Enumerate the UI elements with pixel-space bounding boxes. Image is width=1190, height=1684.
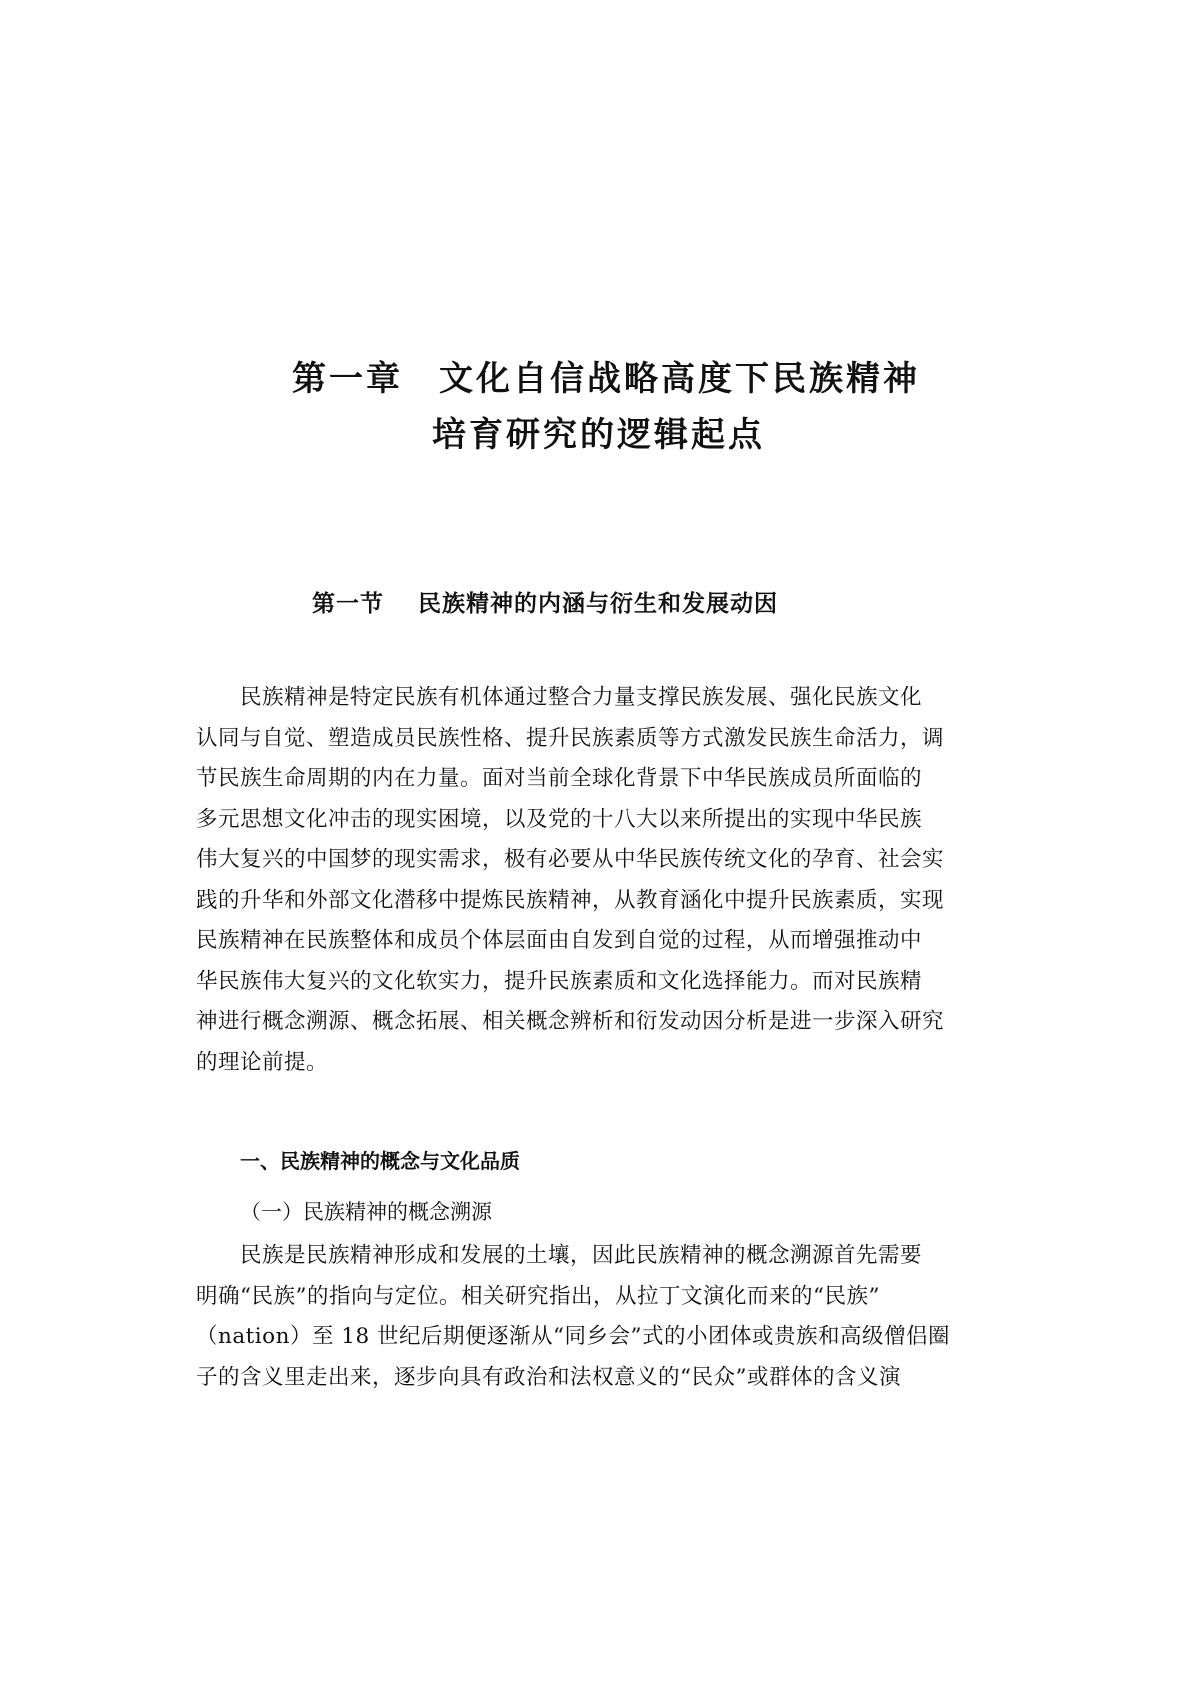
subsection-heading: 一、民族精神的概念与文化品质 — [240, 1145, 520, 1174]
paragraph-line: 子的含义里走出来，逐步向具有政治和法权意义的“民众”或群体的含义演 — [196, 1358, 996, 1399]
paragraph-line: 华民族伟大复兴的文化软实力，提升民族素质和文化选择能力。而对民族精 — [196, 962, 996, 1003]
chapter-title-text: 文化自信战略高度下民族精神 — [439, 359, 920, 399]
concept-paragraph: 民族是民族精神形成和发展的土壤，因此民族精神的概念溯源首先需要 明确“民族”的指… — [196, 1236, 996, 1398]
section-title-text: 民族精神的内涵与衍生和发展动因 — [418, 591, 778, 617]
paragraph-line: 明确“民族”的指向与定位。相关研究指出，从拉丁文演化而来的“民族” — [196, 1277, 996, 1318]
paragraph-line: 践的升华和外部文化潜移中提炼民族精神，从教育涵化中提升民族素质，实现 — [196, 881, 996, 922]
chapter-title-line2: 培育研究的逻辑起点 — [432, 410, 765, 460]
paragraph-line: 节民族生命周期的内在力量。面对当前全球化背景下中华民族成员所面临的 — [196, 759, 996, 800]
paragraph-line: 民族精神在民族整体和成员个体层面由自发到自觉的过程，从而增强推动中 — [196, 921, 996, 962]
chapter-number: 第一章 — [292, 359, 403, 399]
paragraph-line: 多元思想文化冲击的现实困境，以及党的十八大以来所提出的实现中华民族 — [196, 800, 996, 841]
paragraph-line: 民族精神是特定民族有机体通过整合力量支撑民族发展、强化民族文化 — [196, 678, 996, 719]
section-title: 第一节民族精神的内涵与衍生和发展动因 — [312, 585, 778, 618]
paragraph-line: 认同与自觉、塑造成员民族性格、提升民族素质等方式激发民族生命活力，调 — [196, 719, 996, 760]
paragraph-line: 神进行概念溯源、概念拓展、相关概念辨析和衍发动因分析是进一步深入研究 — [196, 1002, 996, 1043]
paragraph-line: 的理论前提。 — [196, 1043, 996, 1084]
subsection-subheading: （一）民族精神的概念溯源 — [240, 1196, 492, 1226]
intro-paragraph: 民族精神是特定民族有机体通过整合力量支撑民族发展、强化民族文化 认同与自觉、塑造… — [196, 678, 996, 1083]
section-number: 第一节 — [312, 591, 384, 617]
paragraph-line: （nation）至 18 世纪后期便逐渐从“同乡会”式的小团体或贵族和高级僧侣圈 — [196, 1317, 996, 1358]
chapter-title-line1: 第一章文化自信战略高度下民族精神 — [292, 354, 920, 404]
paragraph-line: 伟大复兴的中国梦的现实需求，极有必要从中华民族传统文化的孕育、社会实 — [196, 840, 996, 881]
paragraph-line: 民族是民族精神形成和发展的土壤，因此民族精神的概念溯源首先需要 — [196, 1236, 996, 1277]
